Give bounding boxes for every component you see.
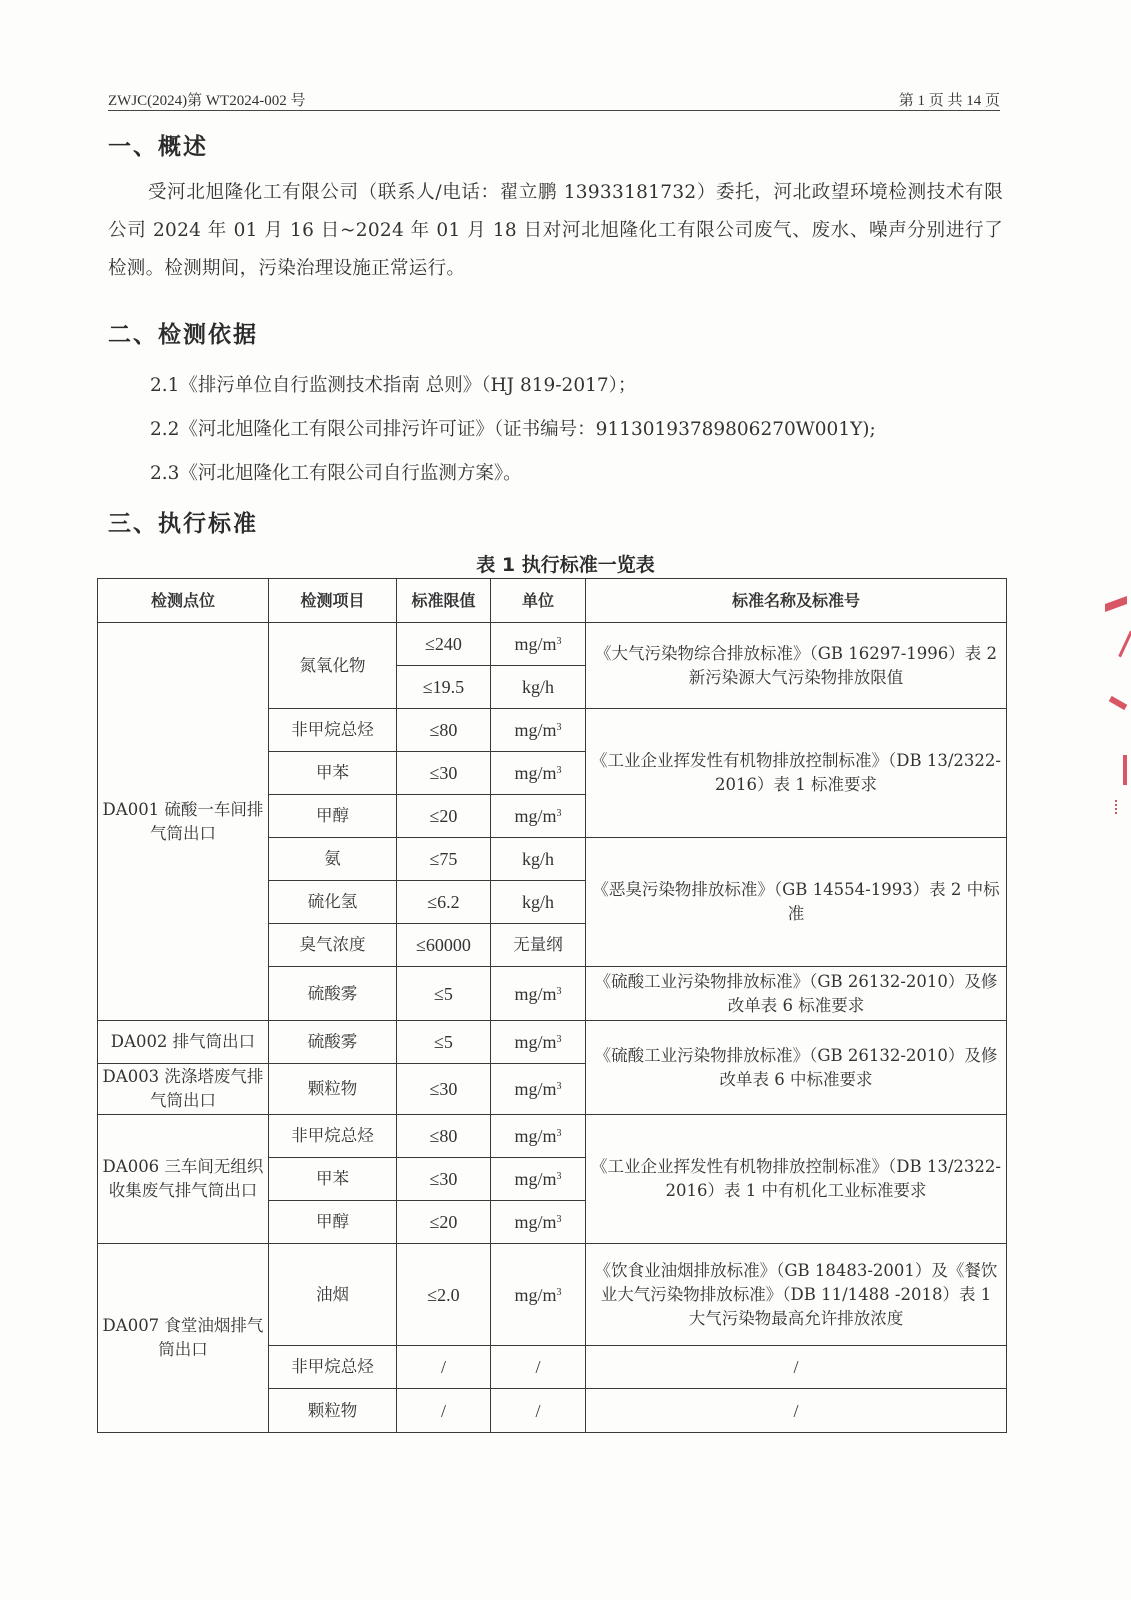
item-cell: 甲苯 <box>269 752 397 795</box>
item-cell: 硫酸雾 <box>269 967 397 1021</box>
standard-cell: / <box>586 1389 1007 1433</box>
unit-cell: kg/h <box>491 838 586 881</box>
limit-cell: / <box>397 1346 491 1389</box>
unit-cell: mg/m3 <box>491 1115 586 1158</box>
unit-cell: 无量纲 <box>491 924 586 967</box>
col-header-item: 检测项目 <box>269 579 397 623</box>
item-cell: 颗粒物 <box>269 1064 397 1115</box>
limit-cell: ≤5 <box>397 967 491 1021</box>
item-cell: 颗粒物 <box>269 1389 397 1433</box>
stamp-mark <box>1109 696 1128 710</box>
table-row: DA002 排气筒出口 硫酸雾 ≤5 mg/m3 《硫酸工业污染物排放标准》（G… <box>98 1021 1007 1064</box>
standard-cell: 《恶臭污染物排放标准》（GB 14554-1993）表 2 中标准 <box>586 838 1007 967</box>
limit-cell: ≤6.2 <box>397 881 491 924</box>
unit-cell: mg/m3 <box>491 1201 586 1244</box>
limit-cell: ≤5 <box>397 1021 491 1064</box>
item-cell: 氮氧化物 <box>269 623 397 709</box>
standard-cell: 《饮食业油烟排放标准》（GB 18483-2001）及《餐饮业大气污染物排放标准… <box>586 1244 1007 1346</box>
unit-cell: / <box>491 1389 586 1433</box>
standard-cell: 《硫酸工业污染物排放标准》（GB 26132-2010）及修改单表 6 标准要求 <box>586 967 1007 1021</box>
location-cell: DA003 洗涤塔废气排气筒出口 <box>98 1064 269 1115</box>
stamp-mark <box>1105 596 1127 612</box>
overview-paragraph: 受河北旭隆化工有限公司（联系人/电话：翟立鹏 13933181732）委托，河北… <box>108 174 1003 288</box>
limit-cell: / <box>397 1389 491 1433</box>
item-cell: 油烟 <box>269 1244 397 1346</box>
section-title-overview: 一、概述 <box>108 128 208 161</box>
limit-cell: ≤2.0 <box>397 1244 491 1346</box>
item-cell: 甲醇 <box>269 1201 397 1244</box>
unit-cell: mg/m3 <box>491 1021 586 1064</box>
limit-cell: ≤80 <box>397 709 491 752</box>
item-cell: 甲苯 <box>269 1158 397 1201</box>
stamp-mark <box>1118 631 1131 658</box>
table-row: DA006 三车间无组织收集废气排气筒出口 非甲烷总烃 ≤80 mg/m3 《工… <box>98 1115 1007 1158</box>
unit-cell: / <box>491 1346 586 1389</box>
limit-cell: ≤30 <box>397 1158 491 1201</box>
item-cell: 非甲烷总烃 <box>269 1115 397 1158</box>
limit-cell: ≤80 <box>397 1115 491 1158</box>
unit-cell: mg/m3 <box>491 795 586 838</box>
unit-cell: kg/h <box>491 881 586 924</box>
table-caption: 表 1 执行标准一览表 <box>0 550 1131 577</box>
limit-cell: ≤20 <box>397 1201 491 1244</box>
item-cell: 非甲烷总烃 <box>269 1346 397 1389</box>
unit-cell: mg/m3 <box>491 967 586 1021</box>
unit-cell: mg/m3 <box>491 1158 586 1201</box>
basis-ref-2: 2.2《河北旭隆化工有限公司排污许可证》（证书编号：91130193789806… <box>150 415 876 441</box>
item-cell: 甲醇 <box>269 795 397 838</box>
limit-cell: ≤20 <box>397 795 491 838</box>
limit-cell: ≤60000 <box>397 924 491 967</box>
unit-cell: mg/m3 <box>491 709 586 752</box>
limit-cell: ≤19.5 <box>397 666 491 709</box>
section-title-basis: 二、检测依据 <box>108 316 258 349</box>
location-cell: DA001 硫酸一车间排气筒出口 <box>98 623 269 1021</box>
unit-cell: mg/m3 <box>491 752 586 795</box>
limit-cell: ≤75 <box>397 838 491 881</box>
limit-cell: ≤30 <box>397 752 491 795</box>
location-cell: DA002 排气筒出口 <box>98 1021 269 1064</box>
page-info: 第 1 页 共 14 页 <box>899 89 1000 110</box>
item-cell: 臭气浓度 <box>269 924 397 967</box>
standard-cell: 《工业企业挥发性有机物排放控制标准》（DB 13/2322-2016）表 1 中… <box>586 1115 1007 1244</box>
col-header-standard: 标准名称及标准号 <box>586 579 1007 623</box>
col-header-limit: 标准限值 <box>397 579 491 623</box>
col-header-location: 检测点位 <box>98 579 269 623</box>
standard-cell: / <box>586 1346 1007 1389</box>
item-cell: 氨 <box>269 838 397 881</box>
standards-table: 检测点位 检测项目 标准限值 单位 标准名称及标准号 DA001 硫酸一车间排气… <box>97 578 1007 1433</box>
standard-cell: 《工业企业挥发性有机物排放控制标准》（DB 13/2322-2016）表 1 标… <box>586 709 1007 838</box>
item-cell: 硫化氢 <box>269 881 397 924</box>
standard-cell: 《硫酸工业污染物排放标准》（GB 26132-2010）及修改单表 6 中标准要… <box>586 1021 1007 1115</box>
location-cell: DA007 食堂油烟排气筒出口 <box>98 1244 269 1433</box>
table-row: DA007 食堂油烟排气筒出口 油烟 ≤2.0 mg/m3 《饮食业油烟排放标准… <box>98 1244 1007 1346</box>
table-header-row: 检测点位 检测项目 标准限值 单位 标准名称及标准号 <box>98 579 1007 623</box>
basis-ref-1: 2.1《排污单位自行监测技术指南 总则》（HJ 819-2017）； <box>150 371 636 397</box>
stamp-mark <box>1123 755 1127 785</box>
col-header-unit: 单位 <box>491 579 586 623</box>
standard-cell: 《大气污染物综合排放标准》（GB 16297-1996）表 2 新污染源大气污染… <box>586 623 1007 709</box>
section-title-standards: 三、执行标准 <box>108 505 258 538</box>
item-cell: 硫酸雾 <box>269 1021 397 1064</box>
unit-cell: mg/m3 <box>491 623 586 666</box>
basis-ref-3: 2.3《河北旭隆化工有限公司自行监测方案》。 <box>150 459 522 485</box>
unit-cell: kg/h <box>491 666 586 709</box>
limit-cell: ≤240 <box>397 623 491 666</box>
location-cell: DA006 三车间无组织收集废气排气筒出口 <box>98 1115 269 1244</box>
limit-cell: ≤30 <box>397 1064 491 1115</box>
table-row: DA001 硫酸一车间排气筒出口 氮氧化物 ≤240 mg/m3 《大气污染物综… <box>98 623 1007 666</box>
item-cell: 非甲烷总烃 <box>269 709 397 752</box>
report-number: ZWJC(2024)第 WT2024-002 号 <box>108 89 305 110</box>
page-header: ZWJC(2024)第 WT2024-002 号 第 1 页 共 14 页 <box>108 88 1000 111</box>
unit-cell: mg/m3 <box>491 1244 586 1346</box>
stamp-mark <box>1115 800 1127 814</box>
unit-cell: mg/m3 <box>491 1064 586 1115</box>
